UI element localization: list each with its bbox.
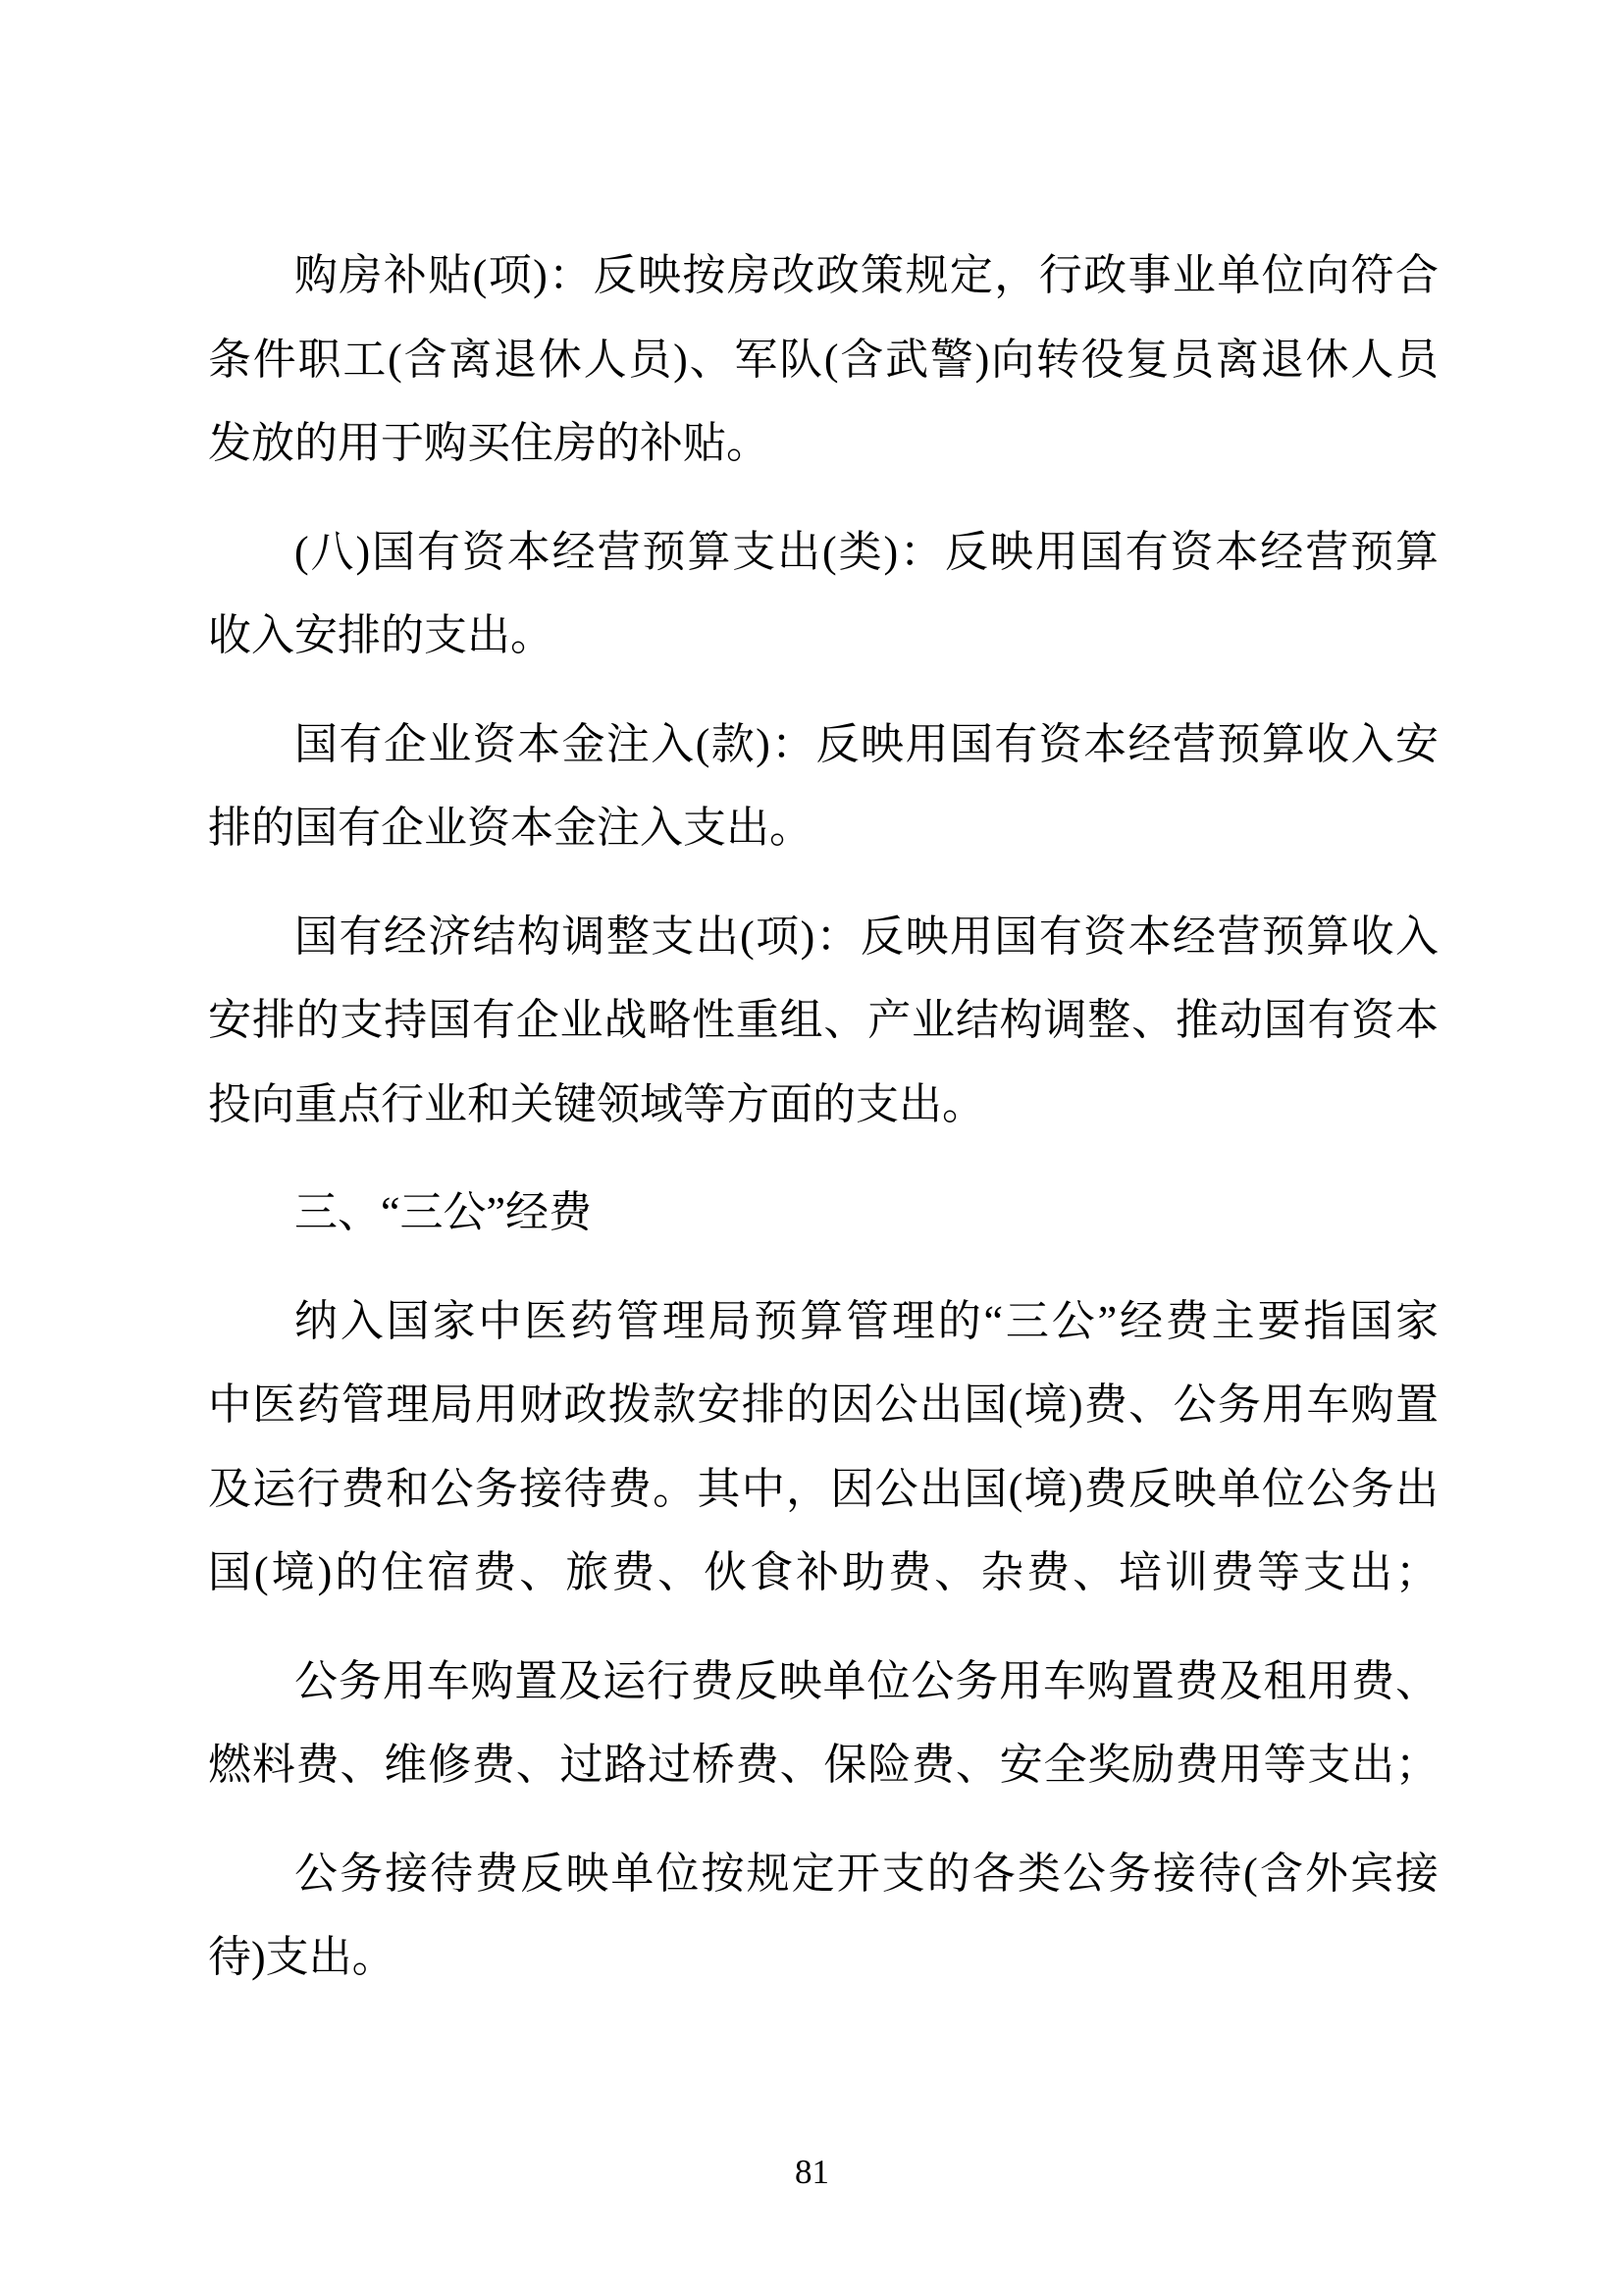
body-line: 中医药管理局用财政拨款安排的因公出国(境)费、公务用车购置	[208, 1363, 1439, 1447]
body-line: 收入安排的支出。	[208, 594, 1439, 678]
paragraph: 国有企业资本金注入(款)：反映用国有资本经营预算收入安 排的国有企业资本金注入支…	[208, 703, 1439, 870]
body-line: 条件职工(含离退休人员)、军队(含武警)向转役复员离退休人员	[208, 318, 1439, 402]
body-line: 投向重点行业和关键领域等方面的支出。	[208, 1063, 1439, 1147]
body-line: 国有经济结构调整支出(项)：反映用国有资本经营预算收入	[208, 895, 1439, 979]
body-line: 排的国有企业资本金注入支出。	[208, 786, 1439, 870]
body-line: 发放的用于购买住房的补贴。	[208, 401, 1439, 486]
paragraph: 公务用车购置及运行费反映单位公务用车购置费及租用费、 燃料费、维修费、过路过桥费…	[208, 1640, 1439, 1807]
paragraph: (八)国有资本经营预算支出(类)：反映用国有资本经营预算 收入安排的支出。	[208, 510, 1439, 678]
page-number: 81	[0, 2153, 1624, 2192]
body-line: 国有企业资本金注入(款)：反映用国有资本经营预算收入安	[208, 703, 1439, 787]
body-line: 及运行费和公务接待费。其中，因公出国(境)费反映单位公务出	[208, 1447, 1439, 1532]
body-line: 燃料费、维修费、过路过桥费、保险费、安全奖励费用等支出；	[208, 1723, 1439, 1807]
body-line: (八)国有资本经营预算支出(类)：反映用国有资本经营预算	[208, 510, 1439, 595]
paragraph: 购房补贴(项)：反映按房改政策规定，行政事业单位向符合 条件职工(含离退休人员)…	[208, 234, 1439, 486]
paragraph: 公务接待费反映单位按规定开支的各类公务接待(含外宾接 待)支出。	[208, 1832, 1439, 2000]
body-line: 国(境)的住宿费、旅费、伙食补助费、杂费、培训费等支出；	[208, 1531, 1439, 1615]
body-line: 纳入国家中医药管理局预算管理的“三公”经费主要指国家	[208, 1279, 1439, 1364]
body-line: 安排的支持国有企业战略性重组、产业结构调整、推动国有资本	[208, 978, 1439, 1063]
paragraph: 纳入国家中医药管理局预算管理的“三公”经费主要指国家 中医药管理局用财政拨款安排…	[208, 1279, 1439, 1615]
paragraph: 国有经济结构调整支出(项)：反映用国有资本经营预算收入 安排的支持国有企业战略性…	[208, 895, 1439, 1147]
section-heading: 三、“三公”经费	[208, 1171, 1439, 1255]
document-body: 购房补贴(项)：反映按房改政策规定，行政事业单位向符合 条件职工(含离退休人员)…	[208, 234, 1439, 2024]
body-line: 购房补贴(项)：反映按房改政策规定，行政事业单位向符合	[208, 234, 1439, 318]
body-line: 公务接待费反映单位按规定开支的各类公务接待(含外宾接	[208, 1832, 1439, 1916]
section-heading-text: 三、“三公”经费	[208, 1171, 1439, 1255]
body-line: 公务用车购置及运行费反映单位公务用车购置费及租用费、	[208, 1640, 1439, 1724]
body-line: 待)支出。	[208, 1915, 1439, 2000]
